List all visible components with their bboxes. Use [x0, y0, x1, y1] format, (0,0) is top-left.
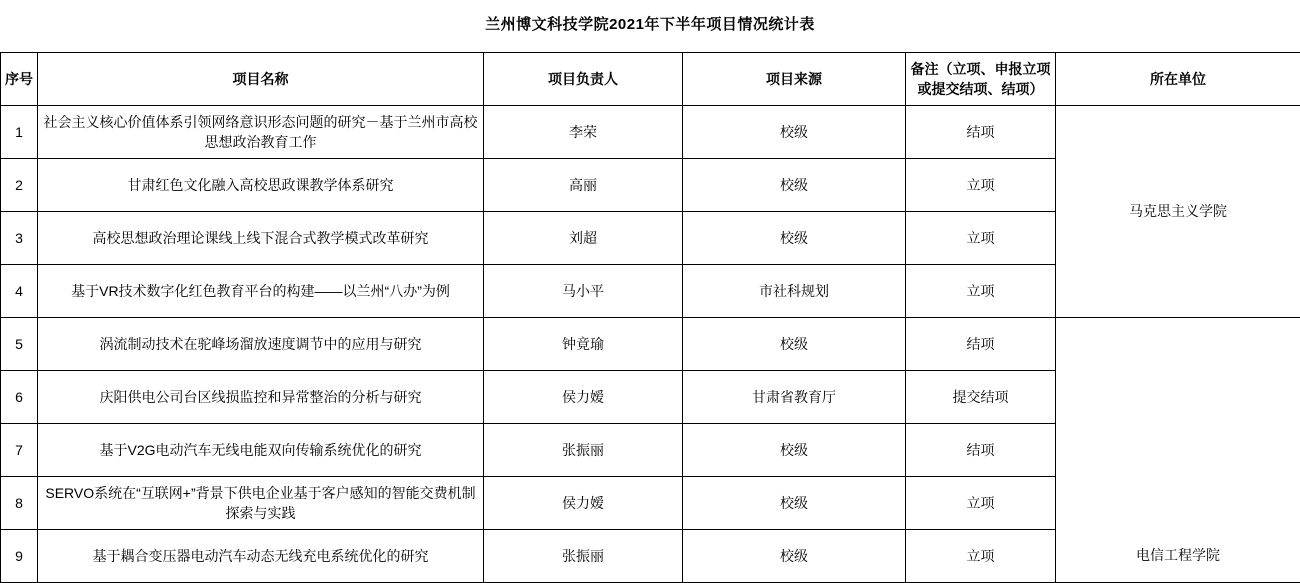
project-source-cell: 校级 [683, 424, 906, 477]
unit-cell: 马克思主义学院 [1056, 106, 1300, 318]
project-name-cell: 基于V2G电动汽车无线电能双向传输系统优化的研究 [38, 424, 484, 477]
row-number-cell: 7 [1, 424, 38, 477]
row-number-cell: 4 [1, 265, 38, 318]
header-row: 序号 项目名称 项目负责人 项目来源 备注（立项、申报立项或提交结项、结项） 所… [1, 53, 1300, 106]
project-name-cell: 高校思想政治理论课线上线下混合式教学模式改革研究 [38, 212, 484, 265]
project-name-cell: 庆阳供电公司台区线损监控和异常整治的分析与研究 [38, 371, 484, 424]
project-name-cell: 涡流制动技术在驼峰场溜放速度调节中的应用与研究 [38, 318, 484, 371]
header-project-leader: 项目负责人 [484, 53, 683, 106]
header-remark: 备注（立项、申报立项或提交结项、结项） [906, 53, 1056, 106]
table-row: 1社会主义核心价值体系引领网络意识形态问题的研究－基于兰州市高校思想政治教育工作… [1, 106, 1300, 159]
project-name-cell: SERVO系统在“互联网+”背景下供电企业基于客户感知的智能交费机制探索与实践 [38, 477, 484, 530]
project-leader-cell: 侯力嫒 [484, 371, 683, 424]
project-source-cell: 校级 [683, 318, 906, 371]
table-row: 5涡流制动技术在驼峰场溜放速度调节中的应用与研究钟竟瑜校级结项电信工程学院 [1, 318, 1300, 371]
header-no: 序号 [1, 53, 38, 106]
project-source-cell: 校级 [683, 530, 906, 583]
remark-cell: 结项 [906, 318, 1056, 371]
project-name-cell: 社会主义核心价值体系引领网络意识形态问题的研究－基于兰州市高校思想政治教育工作 [38, 106, 484, 159]
project-source-cell: 校级 [683, 212, 906, 265]
remark-cell: 立项 [906, 530, 1056, 583]
remark-cell: 立项 [906, 159, 1056, 212]
row-number-cell: 8 [1, 477, 38, 530]
remark-cell: 立项 [906, 212, 1056, 265]
remark-cell: 提交结项 [906, 371, 1056, 424]
project-leader-cell: 刘超 [484, 212, 683, 265]
project-leader-cell: 钟竟瑜 [484, 318, 683, 371]
row-number-cell: 1 [1, 106, 38, 159]
project-source-cell: 市社科规划 [683, 265, 906, 318]
row-number-cell: 9 [1, 530, 38, 583]
project-source-cell: 校级 [683, 106, 906, 159]
project-name-cell: 甘肃红色文化融入高校思政课教学体系研究 [38, 159, 484, 212]
remark-cell: 结项 [906, 106, 1056, 159]
remark-cell: 立项 [906, 265, 1056, 318]
project-leader-cell: 李荣 [484, 106, 683, 159]
remark-cell: 结项 [906, 424, 1056, 477]
row-number-cell: 3 [1, 212, 38, 265]
row-number-cell: 2 [1, 159, 38, 212]
project-leader-cell: 马小平 [484, 265, 683, 318]
table-header: 序号 项目名称 项目负责人 项目来源 备注（立项、申报立项或提交结项、结项） 所… [1, 53, 1300, 106]
project-name-cell: 基于耦合变压器电动汽车动态无线充电系统优化的研究 [38, 530, 484, 583]
project-source-cell: 甘肃省教育厅 [683, 371, 906, 424]
projects-table: 序号 项目名称 项目负责人 项目来源 备注（立项、申报立项或提交结项、结项） 所… [0, 52, 1300, 583]
row-number-cell: 6 [1, 371, 38, 424]
header-project-name: 项目名称 [38, 53, 484, 106]
project-leader-cell: 侯力嫒 [484, 477, 683, 530]
header-unit: 所在单位 [1056, 53, 1300, 106]
project-leader-cell: 张振丽 [484, 424, 683, 477]
project-leader-cell: 高丽 [484, 159, 683, 212]
project-source-cell: 校级 [683, 477, 906, 530]
row-number-cell: 5 [1, 318, 38, 371]
project-name-cell: 基于VR技术数字化红色教育平台的构建——以兰州“八办”为例 [38, 265, 484, 318]
remark-cell: 立项 [906, 477, 1056, 530]
table-body: 1社会主义核心价值体系引领网络意识形态问题的研究－基于兰州市高校思想政治教育工作… [1, 106, 1300, 583]
project-leader-cell: 张振丽 [484, 530, 683, 583]
project-source-cell: 校级 [683, 159, 906, 212]
header-project-source: 项目来源 [683, 53, 906, 106]
document-page: 兰州博文科技学院2021年下半年项目情况统计表 序号 项目名称 项目负责人 项目… [0, 0, 1300, 583]
page-title: 兰州博文科技学院2021年下半年项目情况统计表 [0, 0, 1300, 52]
unit-cell: 电信工程学院 [1056, 318, 1300, 583]
